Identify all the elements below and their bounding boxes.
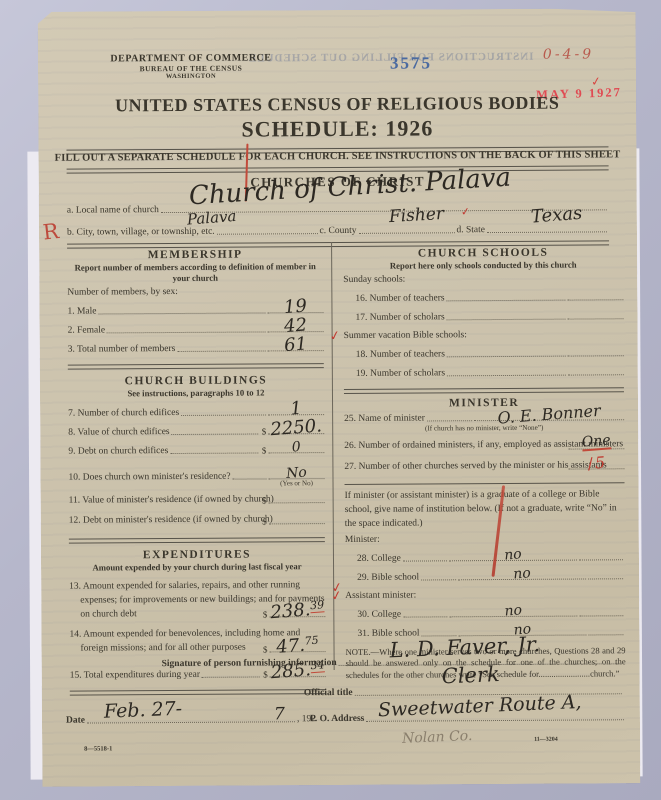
answer-line: O. E. Bonner: [474, 417, 624, 421]
q11-row: 11. Value of minister's residence (if ow…: [69, 493, 325, 508]
dotted-leader: [447, 297, 566, 301]
state-value: Texas: [530, 203, 583, 228]
dotted-leader: [421, 577, 456, 580]
section-rule: [345, 483, 625, 486]
answer-line: 0: [268, 450, 324, 453]
left-column: MEMBERSHIP Report number of members acco…: [67, 248, 326, 695]
section-rule: [70, 689, 326, 696]
check-icon: ✓: [460, 205, 471, 219]
dollar-sign: $: [263, 610, 268, 620]
q25-row: 25. Name of minister O. E. Bonner: [344, 412, 624, 424]
local-name-row: a. Local name of church: [67, 202, 609, 215]
q15-row: 15. Total expenditures during year $ 285…: [70, 669, 326, 681]
q7-label: 7. Number of church edifices: [68, 408, 179, 419]
q7-row: 7. Number of church edifices 1: [68, 407, 324, 419]
q2-label: 2. Female: [68, 325, 106, 335]
q1-label: 1. Male: [67, 306, 96, 316]
section-rule: [69, 537, 325, 544]
yes-or-no-note: (Yes or No): [280, 479, 313, 487]
q29-value: no: [513, 566, 531, 581]
date-year-value: 7: [274, 704, 285, 724]
right-column: CHURCH SCHOOLS Report here only schools …: [343, 246, 626, 681]
dotted-leader: [217, 231, 318, 235]
q2-female-row: 2. Female 42: [68, 324, 324, 336]
q14-value: 47.: [276, 635, 306, 658]
handwritten-code: 0-4-9: [543, 46, 594, 62]
form-body: MEMBERSHIP Report number of members acco…: [39, 246, 640, 670]
dotted-leader: [447, 316, 566, 320]
q17-label: 17. Number of scholars: [343, 312, 444, 323]
expenditures-subheading: Amount expended by your church during la…: [69, 561, 325, 573]
answer-line: [568, 353, 624, 356]
form-title: UNITED STATES CENSUS OF RELIGIOUS BODIES: [38, 92, 636, 117]
answer-line: No (Yes or No): [268, 476, 324, 479]
city-county-state-row: b. City, town, village, or township, etc…: [67, 224, 609, 237]
check-icon: ✓: [328, 327, 342, 345]
membership-subheading: Report number of members according to de…: [67, 261, 323, 284]
answer-line: 2250.: [268, 431, 324, 434]
q8-value: 2250.: [270, 419, 322, 437]
dotted-leader: [487, 229, 607, 233]
q30-row: 30. College no: [345, 608, 625, 620]
answer-line: no: [458, 576, 586, 580]
q25-value: O. E. Bonner: [497, 404, 601, 426]
q10-row: 10. Does church own minister's residence…: [68, 471, 324, 483]
graduate-intro: If minister (or assistant minister) is a…: [345, 489, 625, 532]
schools-subheading: Report here only schools conducted by th…: [343, 259, 623, 272]
q12-answer-zone: $: [260, 516, 325, 526]
q13-row: 13. Amount expended for salaries, repair…: [69, 579, 325, 622]
dollar-sign: $: [262, 517, 267, 527]
answer-line: 42: [268, 329, 324, 332]
q14-answer-zone: $ 47.75: [261, 644, 326, 654]
q13-value: 238.: [270, 600, 312, 624]
q16-row: 16. Number of teachers: [343, 292, 623, 304]
dotted-leader: [579, 557, 623, 560]
dotted-leader: [202, 674, 259, 677]
q3-value: 61: [284, 337, 308, 353]
q9-value: 0: [291, 440, 301, 455]
answer-line: no: [449, 557, 577, 561]
q11-answer-zone: $: [260, 495, 325, 505]
answer-line: [568, 372, 624, 375]
po-form-code: 11—3204: [534, 737, 558, 743]
dollar-sign: $: [263, 644, 268, 654]
q14-row: 14. Amount expended for benevolences, in…: [69, 627, 325, 656]
q26-row: 26. Number of ordained ministers, if any…: [344, 438, 624, 453]
county-value: Fisher: [388, 204, 444, 227]
dotted-leader: [177, 348, 265, 352]
city-label: b. City, town, village, or township, etc…: [67, 227, 215, 238]
form-code: 8—5518-1: [84, 745, 112, 752]
q2-value: 42: [284, 318, 308, 334]
assistant-subheading: Assistant minister:: [345, 589, 625, 601]
q27-answer-zone: /5: [568, 467, 624, 472]
check-icon: ✓: [330, 579, 341, 581]
answer-line: /5: [568, 467, 624, 470]
county-label: c. County: [319, 226, 356, 236]
q30-value: no: [504, 603, 522, 618]
dollar-sign: $: [262, 445, 267, 455]
dotted-leader: [170, 450, 258, 454]
expenditures-heading: EXPENDITURES: [69, 548, 325, 562]
answer-line: [269, 500, 325, 503]
q15-label: 15. Total expenditures during year: [70, 670, 200, 681]
dotted-leader: [107, 329, 266, 333]
section-rule: [68, 363, 324, 370]
q7-value: 1: [290, 401, 302, 416]
photo-background: INSTRUCTIONS FOR FILLING OUT SCHEDULE DE…: [0, 0, 661, 800]
q19-row: 19. Number of scholars: [344, 367, 624, 379]
margin-annotation: R: [42, 219, 60, 245]
q28-value: no: [504, 547, 522, 562]
date-value: Feb. 27-: [103, 698, 182, 723]
answer-line: 285.34: [270, 674, 326, 677]
dotted-leader: [447, 353, 566, 357]
q3-total-row: 3. Total number of members 61: [68, 343, 324, 355]
q13-answer-zone: $ 238.39: [261, 609, 326, 619]
schools-heading: CHURCH SCHOOLS: [343, 246, 623, 260]
dotted-leader: [588, 632, 623, 635]
local-name-label: a. Local name of church: [67, 205, 159, 216]
dotted-leader: [358, 230, 454, 234]
q29-row: 29. Bible school no: [345, 571, 625, 583]
q25-label: 25. Name of minister: [344, 413, 425, 423]
q8-label: 8. Value of church edifices: [68, 427, 169, 438]
q9-row: 9. Debt on church edifices $ 0: [68, 445, 324, 457]
column-divider: [331, 242, 335, 670]
q1-male-row: 1. Male 19: [67, 305, 323, 317]
agency-block: DEPARTMENT OF COMMERCE BUREAU OF THE CEN…: [96, 52, 286, 80]
section-rule: [344, 387, 624, 394]
po-address-label: P. O. Address: [310, 714, 364, 724]
q25-note: (If church has no minister, write “None”…: [344, 423, 624, 433]
dotted-leader: [447, 372, 566, 376]
buildings-subheading: See instructions, paragraphs 10 to 12: [68, 387, 324, 399]
q26-answer-zone: One: [568, 446, 624, 451]
dotted-leader: [403, 558, 447, 561]
pencil-county-note: Nolan Co.: [402, 728, 473, 747]
dotted-leader: [579, 613, 623, 616]
official-title-label: Official title: [304, 688, 353, 698]
form-schedule-year: SCHEDULE: 1926: [38, 114, 636, 144]
q19-label: 19. Number of scholars: [344, 368, 445, 379]
q28-row: 28. College no: [345, 552, 625, 564]
q1-value: 19: [283, 299, 307, 315]
serial-number-stamp: 3575: [390, 53, 432, 73]
dotted-leader: [98, 310, 265, 314]
q27-value: 5: [594, 453, 606, 473]
sunday-schools-label: Sunday schools:: [343, 273, 623, 285]
dollar-sign: $: [263, 669, 268, 679]
q29-label: 29. Bible school: [345, 572, 419, 582]
dotted-leader: [172, 431, 258, 435]
answer-line: 61: [268, 348, 324, 351]
department-line: DEPARTMENT OF COMMERCE: [96, 52, 286, 64]
red-slash-mark: /: [587, 454, 594, 473]
q14-cents: 75: [304, 634, 319, 648]
minister-subheading: Minister:: [345, 533, 625, 545]
date-label: Date: [66, 716, 85, 726]
q27-row: 27. Number of other churches served by t…: [344, 459, 624, 474]
census-form-paper: INSTRUCTIONS FOR FILLING OUT SCHEDULE DE…: [38, 8, 641, 787]
q18-row: 18. Number of teachers: [344, 348, 624, 360]
q3-label: 3. Total number of members: [68, 344, 176, 355]
q26-value: One: [581, 433, 611, 451]
q18-label: 18. Number of teachers: [344, 349, 445, 360]
dotted-leader: [427, 418, 472, 421]
washington-line: WASHINGTON: [96, 72, 286, 80]
q12-row: 12. Debt on minister's residence (if own…: [69, 513, 325, 528]
q8-row: 8. Value of church edifices $ 2250.: [68, 426, 324, 438]
answer-line: [568, 316, 624, 319]
q17-row: 17. Number of scholars: [343, 311, 623, 323]
signature-label: Signature of person furnishing informati…: [162, 658, 337, 669]
dollar-sign: $: [262, 426, 267, 436]
answer-line: One: [568, 446, 624, 449]
answer-line: 47.75: [270, 649, 326, 652]
graduate-intro-text: If minister (or assistant minister) is a…: [345, 489, 625, 532]
state-label: d. State: [456, 225, 485, 235]
answer-line: 19: [267, 310, 323, 313]
membership-intro: Number of members, by sex:: [67, 286, 323, 298]
answer-line: no: [449, 613, 577, 617]
answer-line: [269, 521, 325, 524]
q13-cents: 39: [310, 599, 325, 614]
official-title-value: Clerk: [441, 662, 500, 688]
answer-line: 238.39: [269, 614, 325, 617]
instruction-banner: FILL OUT A SEPARATE SCHEDULE FOR EACH CH…: [38, 149, 636, 164]
answer-line: 1: [268, 412, 324, 415]
dotted-leader: [588, 576, 623, 579]
q30-label: 30. College: [345, 609, 401, 619]
membership-heading: MEMBERSHIP: [67, 248, 323, 262]
dotted-leader: [403, 614, 447, 617]
dollar-sign: $: [262, 496, 267, 506]
q10-label: 10. Does church own minister's residence…: [68, 471, 230, 482]
q16-label: 16. Number of teachers: [343, 293, 444, 304]
q28-label: 28. College: [345, 553, 401, 563]
dotted-leader: [233, 476, 267, 479]
q9-label: 9. Debt on church edifices: [68, 446, 168, 457]
answer-line: [567, 297, 623, 300]
dotted-leader: [181, 412, 266, 416]
city-value: Palava: [186, 207, 237, 229]
buildings-heading: CHURCH BUILDINGS: [68, 374, 324, 388]
summer-schools-label: Summer vacation Bible schools:: [344, 329, 624, 341]
